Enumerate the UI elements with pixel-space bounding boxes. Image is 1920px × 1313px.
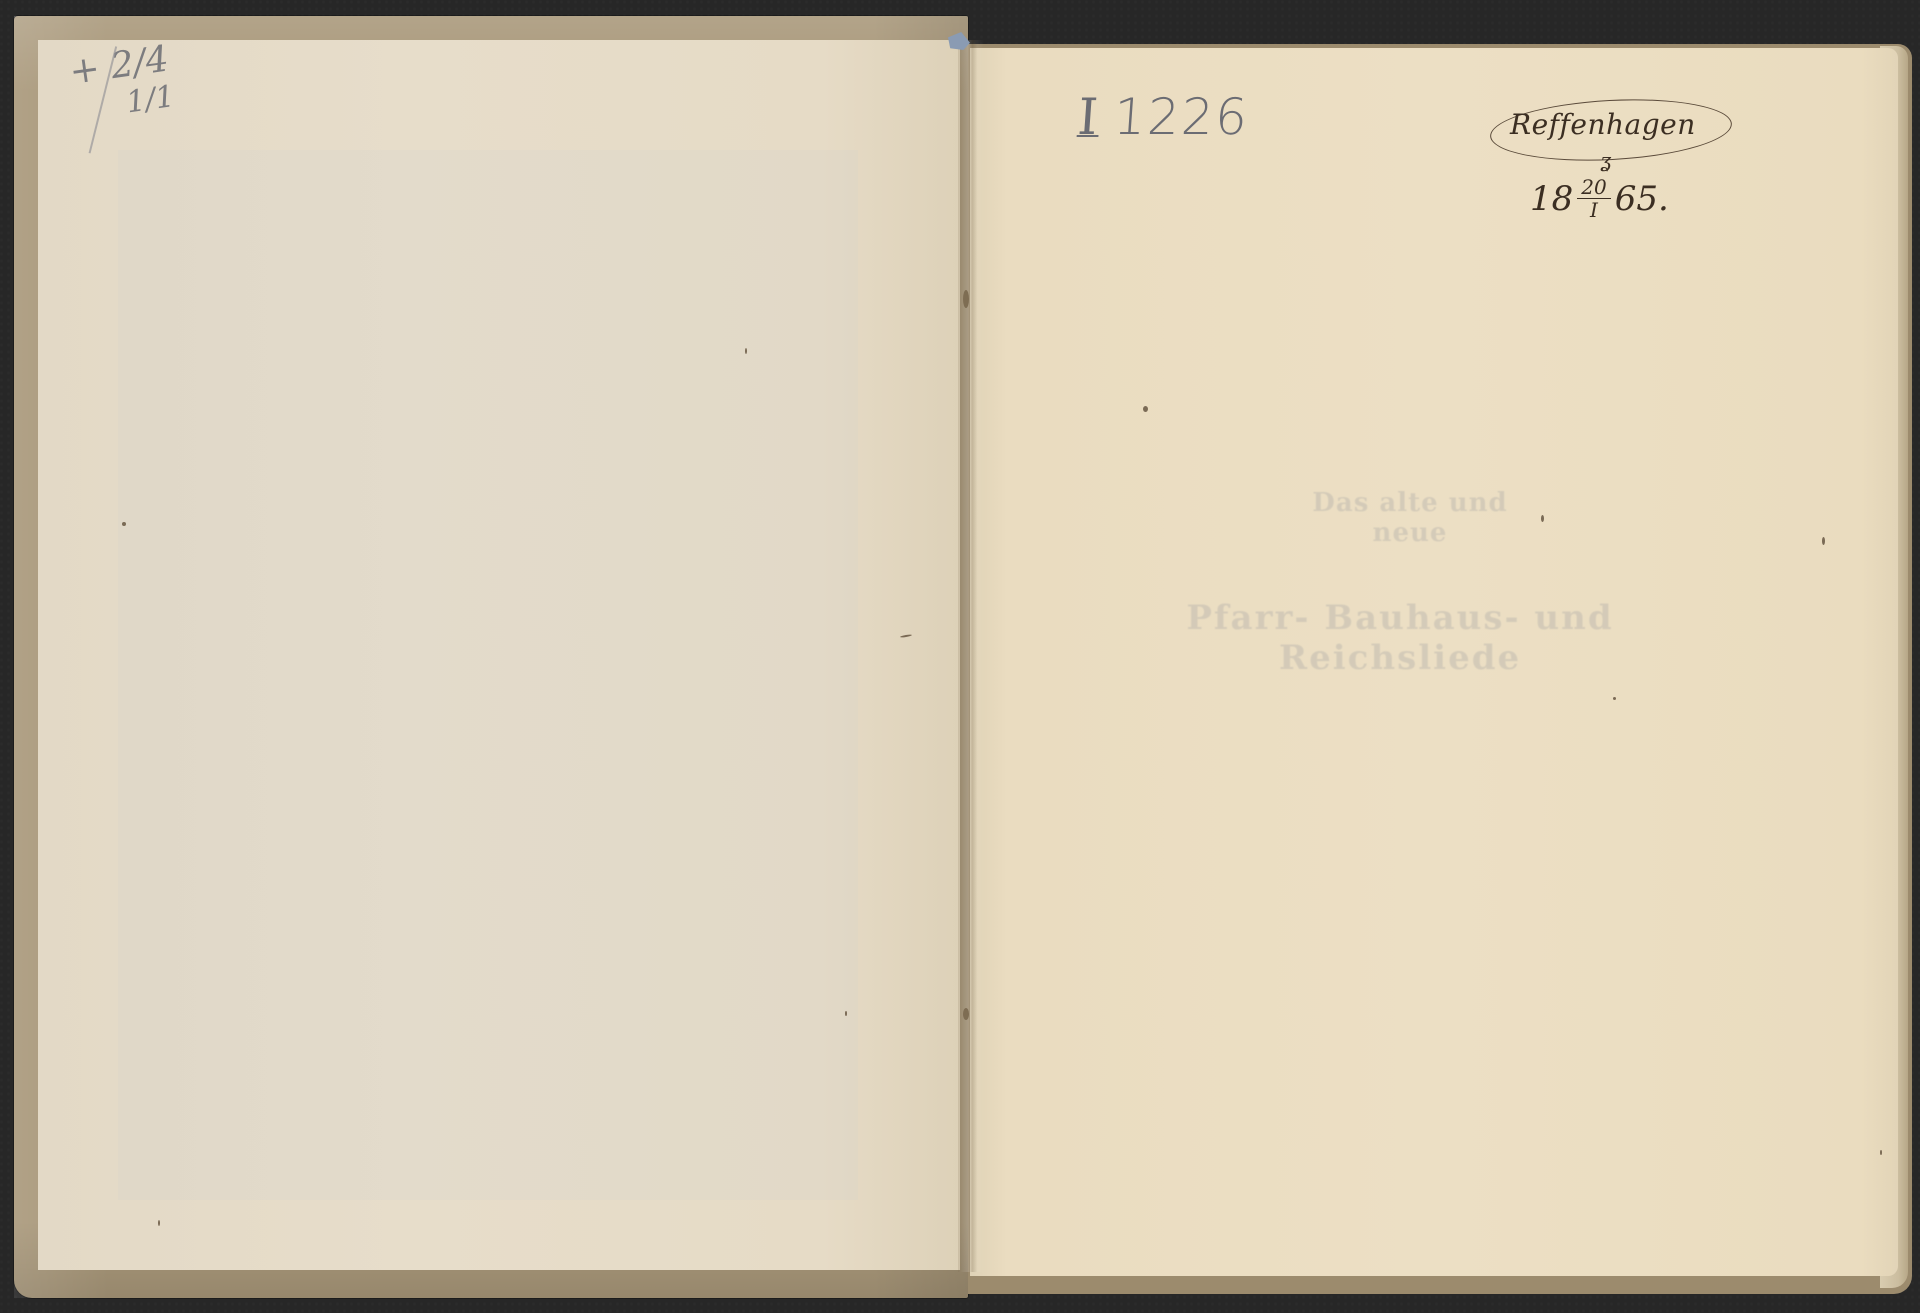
acquisition-date: 18 20 I 65. [1530,176,1669,221]
paper-speck [845,1011,847,1016]
date-fraction: 20 I [1577,176,1610,221]
date-day: 20 [1577,176,1610,199]
paper-speck [1822,537,1825,545]
pencil-corner-note: + 2/4 1/1 [67,41,177,128]
shelfmark: I1226 [1076,88,1251,146]
signature-flourish: ʓ [1600,148,1611,172]
pencil-note-lower: 1/1 [124,79,177,120]
binding-stitch-hole [963,1008,969,1020]
paper-speck [158,1220,160,1226]
date-month: I [1590,199,1598,221]
ownership-signature: Reffenhagen [1510,108,1696,141]
pencil-note-prefix: + [67,48,103,93]
paper-speck [1613,697,1616,700]
shelfmark-number: 1226 [1112,88,1251,146]
bleed-through-title-line2: Pfarr- Bauhaus- und Reichsliede [1110,598,1690,678]
shelfmark-roman: I [1076,88,1102,146]
left-page [38,40,960,1270]
date-century: 18 [1530,179,1573,219]
paper-speck [1143,406,1148,412]
paper-speck [1880,1150,1882,1155]
date-year: 65. [1615,179,1669,219]
book-gutter [958,40,984,1272]
paper-speck [745,348,747,354]
binding-stitch-hole [963,290,969,308]
bleed-through-title-line1: Das alte und neue [1280,488,1540,548]
left-page-offset-shadow [118,150,858,1200]
paper-speck [122,522,126,526]
paper-speck [1541,515,1544,522]
